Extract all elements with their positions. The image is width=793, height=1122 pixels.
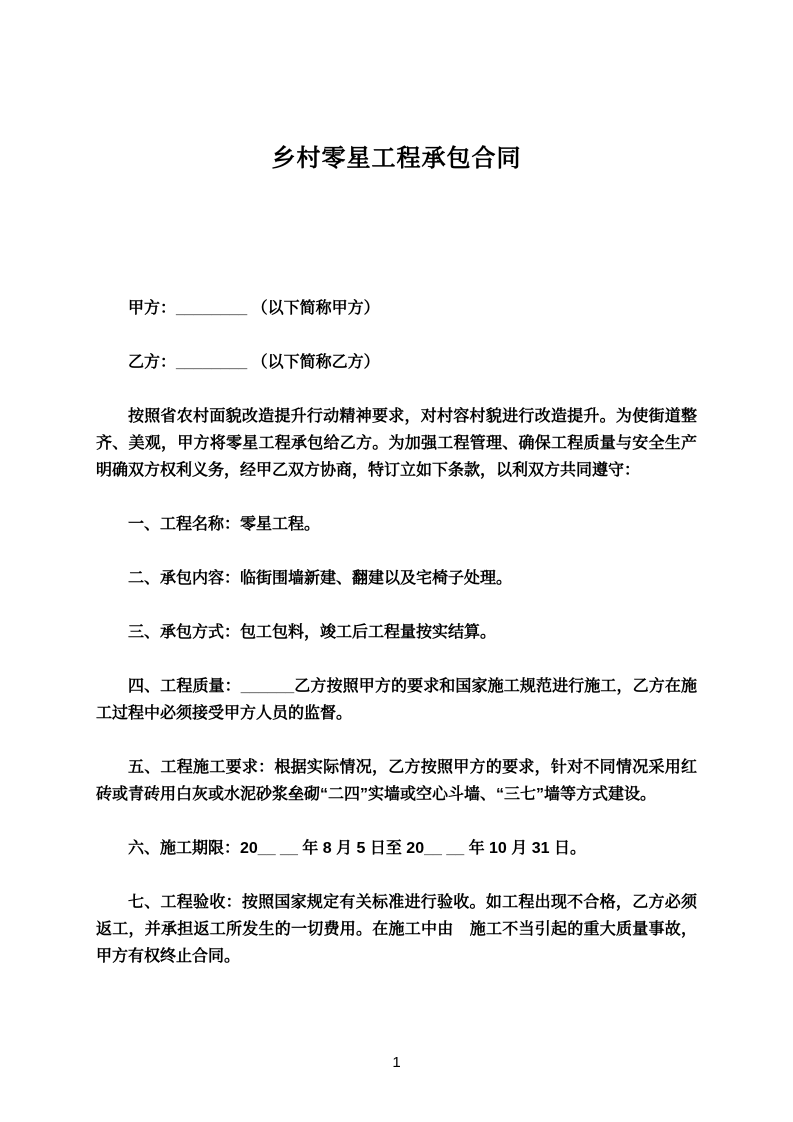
clause-3-contract-method: 三、承包方式：包工包料，竣工后工程量按实结算。	[96, 619, 697, 646]
clause-2-contract-content: 二、承包内容：临街围墙新建、翻建以及宅椅子处理。	[96, 565, 697, 592]
clause-6-construction-period: 六、施工期限：20__ __ 年 8 月 5 日至 20__ __ 年 10 月…	[96, 835, 697, 862]
intro-paragraph: 按照省农村面貌改造提升行动精神要求，对村容村貌进行改造提升。为使街道整齐、美观，…	[96, 403, 697, 484]
document-content: 乡村零星工程承包合同 甲方：________ （以下简称甲方） 乙方：_____…	[96, 96, 697, 970]
clause-4-project-quality: 四、工程质量：______乙方按照甲方的要求和国家施工规范进行施工，乙方在施工过…	[96, 673, 697, 727]
party-a-line: 甲方：________ （以下简称甲方）	[96, 295, 697, 322]
clause-7-project-acceptance: 七、工程验收：按照国家规定有关标准进行验收。如工程出现不合格，乙方必须返工，并承…	[96, 889, 697, 970]
party-b-line: 乙方：________ （以下简称乙方）	[96, 349, 697, 376]
clause-1-project-name: 一、工程名称：零星工程。	[96, 511, 697, 538]
document-page: 乡村零星工程承包合同 甲方：________ （以下简称甲方） 乙方：_____…	[0, 0, 793, 1122]
document-title: 乡村零星工程承包合同	[96, 143, 697, 174]
clause-5-construction-requirements: 五、工程施工要求：根据实际情况，乙方按照甲方的要求，针对不同情况采用红砖或青砖用…	[96, 754, 697, 808]
page-number: 1	[0, 1054, 793, 1072]
